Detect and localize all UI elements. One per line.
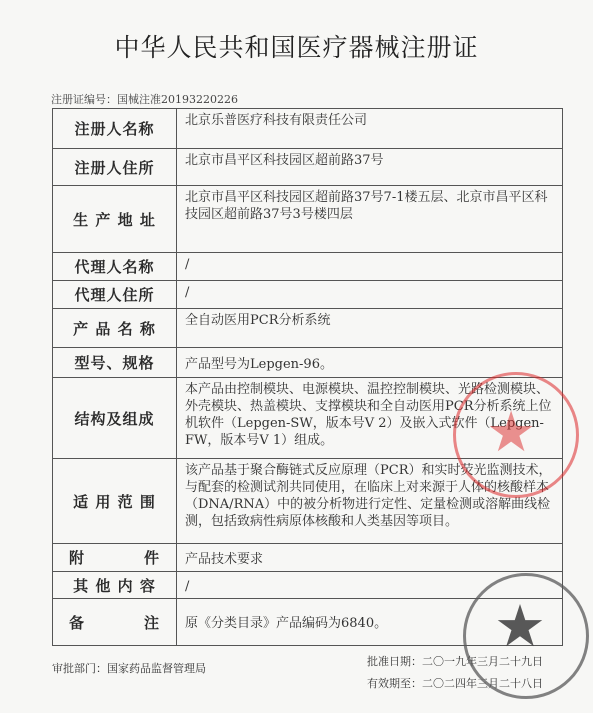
table-row: 型号、规格 产品型号为Lepgen-96。 — [53, 348, 563, 378]
row-value: / — [177, 572, 563, 599]
row-value: 产品型号为Lepgen-96。 — [177, 348, 563, 378]
table-row: 代理人名称 / — [53, 253, 563, 281]
row-label: 注册人住所 — [53, 149, 177, 186]
row-value: 原《分类目录》产品编码为6840。 — [177, 599, 563, 646]
row-value: 北京市昌平区科技园区超前路37号7-1楼五层、北京市昌平区科技园区超前路37号3… — [177, 186, 563, 253]
row-value: 北京乐普医疗科技有限责任公司 — [177, 109, 563, 149]
table-row: 注册人住所 北京市昌平区科技园区超前路37号 — [53, 149, 563, 186]
row-label: 结构及组成 — [53, 378, 177, 459]
table-row: 适 用 范 围 该产品基于聚合酶链式反应原理（PCR）和实时荧光监测技术，与配套… — [53, 459, 563, 544]
row-label-right: 注 — [144, 612, 160, 633]
row-label: 注册人名称 — [53, 109, 177, 149]
table-row: 产 品 名 称 全自动医用PCR分析系统 — [53, 309, 563, 348]
table-row: 生 产 地 址 北京市昌平区科技园区超前路37号7-1楼五层、北京市昌平区科技园… — [53, 186, 563, 253]
document-title: 中华人民共和国医疗器械注册证 — [0, 28, 593, 64]
row-label: 其 他 内 容 — [53, 572, 177, 599]
registration-number-value: 国械注准20193220226 — [117, 93, 238, 106]
approval-date-value: 二〇一九年三月二十九日 — [422, 655, 543, 668]
row-value: 全自动医用PCR分析系统 — [177, 309, 563, 348]
table-row: 代理人住所 / — [53, 281, 563, 309]
dates-block: 批准日期：二〇一九年三月二十九日 有效期至：二〇二四年三月二十八日 — [367, 651, 543, 695]
row-label: 型号、规格 — [53, 348, 177, 378]
row-label: 代理人住所 — [53, 281, 177, 309]
table-row: 备注 原《分类目录》产品编码为6840。 — [53, 599, 563, 646]
table-row: 其 他 内 容 / — [53, 572, 563, 599]
row-value: 该产品基于聚合酶链式反应原理（PCR）和实时荧光监测技术，与配套的检测试剂共同使… — [177, 459, 563, 544]
row-label-left: 备 — [69, 612, 85, 633]
valid-until-label: 有效期至： — [367, 677, 422, 690]
row-label: 附件 — [53, 544, 177, 572]
row-label-left: 附 — [69, 547, 85, 568]
approval-dept-value: 国家药品监督管理局 — [107, 662, 206, 675]
row-label: 产 品 名 称 — [53, 309, 177, 348]
table-row: 结构及组成 本产品由控制模块、电源模块、温控控制模块、光路检测模块、外壳模块、热… — [53, 378, 563, 459]
valid-until-value: 二〇二四年三月二十八日 — [422, 677, 543, 690]
registration-number: 注册证编号：国械注准20193220226 — [51, 91, 238, 107]
row-value: / — [177, 253, 563, 281]
table-row: 注册人名称 北京乐普医疗科技有限责任公司 — [53, 109, 563, 149]
approval-department: 审批部门：国家药品监督管理局 — [52, 660, 206, 676]
row-value: / — [177, 281, 563, 309]
row-label: 代理人名称 — [53, 253, 177, 281]
approval-dept-label: 审批部门： — [52, 662, 107, 675]
row-label: 适 用 范 围 — [53, 459, 177, 544]
row-label: 生 产 地 址 — [53, 186, 177, 253]
approval-date: 批准日期：二〇一九年三月二十九日 — [367, 651, 543, 673]
registration-number-label: 注册证编号： — [51, 93, 117, 106]
row-value: 产品技术要求 — [177, 544, 563, 572]
approval-date-label: 批准日期： — [367, 655, 422, 668]
row-value: 本产品由控制模块、电源模块、温控控制模块、光路检测模块、外壳模块、热盖模块、支撑… — [177, 378, 563, 459]
valid-until: 有效期至：二〇二四年三月二十八日 — [367, 673, 543, 695]
row-value: 北京市昌平区科技园区超前路37号 — [177, 149, 563, 186]
table-row: 附件 产品技术要求 — [53, 544, 563, 572]
row-label: 备注 — [53, 599, 177, 646]
certificate-table: 注册人名称 北京乐普医疗科技有限责任公司 注册人住所 北京市昌平区科技园区超前路… — [52, 108, 563, 646]
row-label-right: 件 — [144, 547, 160, 568]
